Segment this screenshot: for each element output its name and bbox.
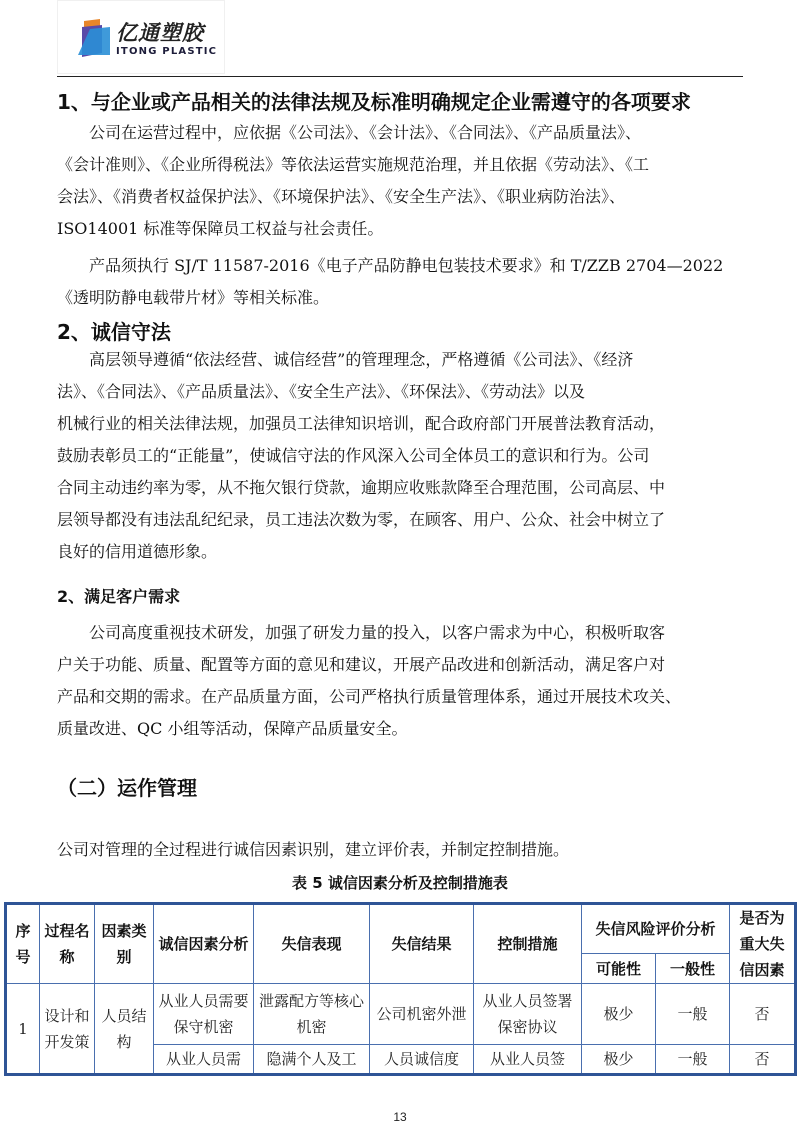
paragraph-line: 产品须执行 SJ/T 11587-2016《电子产品防静电包装技术要求》和 T/… xyxy=(57,250,747,282)
paragraph-line: ISO14001 标准等保障员工权益与社会责任。 xyxy=(57,213,747,245)
cell-severity: 一般 xyxy=(656,984,730,1045)
cell-possibility: 极少 xyxy=(582,984,656,1045)
header-control: 控制措施 xyxy=(474,904,582,984)
cell-analysis: 从业人员需要保守机密 xyxy=(154,984,254,1045)
paragraph-legal-basis: 公司在运营过程中，应依据《公司法》、《会计法》、《合同法》、《产品质量法》、 《… xyxy=(57,117,747,245)
cell-manifestation: 隐满个人及工 xyxy=(254,1045,370,1075)
logo-text-cn: 亿通塑胶 xyxy=(116,17,204,47)
header-factor-type: 因素类别 xyxy=(95,904,154,984)
paragraph-line: 公司高度重视技术研发，加强了研发力量的投入，以客户需求为中心，积极听取客 xyxy=(57,617,747,649)
paragraph-line: 鼓励表彰员工的“正能量”，使诚信守法的作风深入公司全体员工的意识和行为。公司 xyxy=(57,440,747,472)
paragraph-line: 机械行业的相关法律法规，加强员工法律知识培训，配合政府部门开展普法教育活动， xyxy=(57,408,747,440)
cell-control: 从业人员签 xyxy=(474,1045,582,1075)
paragraph-line: 合同主动违约率为零，从不拖欠银行贷款，逾期应收账款降至合理范围，公司高层、中 xyxy=(57,472,747,504)
cell-result: 人员诚信度 xyxy=(370,1045,474,1075)
section-heading-operations-management: （二）运作管理 xyxy=(57,772,197,801)
paragraph-customer-needs: 公司高度重视技术研发，加强了研发力量的投入，以客户需求为中心，积极听取客 户关于… xyxy=(57,617,747,745)
logo-text-en: ITONG PLASTIC xyxy=(116,46,217,57)
section-heading-legal-requirements: 1、与企业或产品相关的法律法规及标准明确规定企业需遵守的各项要求 xyxy=(57,86,691,115)
integrity-factor-table: 序号 过程名称 因素类别 诚信因素分析 失信表现 失信结果 控制措施 失信风险评… xyxy=(4,902,797,1076)
paragraph-line: 高层领导遵循“依法经营、诚信经营”的管理理念，严格遵循《公司法》、《经济 xyxy=(57,344,747,376)
cell-severity: 一般 xyxy=(656,1045,730,1075)
paragraph-line: 会法》、《消费者权益保护法》、《环境保护法》、《安全生产法》、《职业病防治法》、 xyxy=(57,181,747,213)
cell-control: 从业人员签署保密协议 xyxy=(474,984,582,1045)
header-divider xyxy=(57,76,743,77)
logo-mark-icon xyxy=(78,17,112,59)
cell-major: 否 xyxy=(730,1045,796,1075)
header-analysis: 诚信因素分析 xyxy=(154,904,254,984)
paragraph-line: 层领导都没有违法乱纪纪录，员工违法次数为零，在顾客、用户、公众、社会中树立了 xyxy=(57,504,747,536)
cell-possibility: 极少 xyxy=(582,1045,656,1075)
cell-manifestation: 泄露配方等核心机密 xyxy=(254,984,370,1045)
cell-analysis: 从业人员需 xyxy=(154,1045,254,1075)
section-heading-integrity-law: 2、诚信守法 xyxy=(57,316,171,345)
table-row: 1 设计和开发策 人员结构 从业人员需要保守机密 泄露配方等核心机密 公司机密外… xyxy=(6,984,796,1045)
paragraph-product-standards: 产品须执行 SJ/T 11587-2016《电子产品防静电包装技术要求》和 T/… xyxy=(57,250,747,314)
paragraph-line: 质量改进、QC 小组等活动，保障产品质量安全。 xyxy=(57,713,747,745)
paragraph-integrity-law: 高层领导遵循“依法经营、诚信经营”的管理理念，严格遵循《公司法》、《经济 法》、… xyxy=(57,344,747,568)
header-major: 是否为重大失信因素 xyxy=(730,904,796,984)
cell-major: 否 xyxy=(730,984,796,1045)
header-result: 失信结果 xyxy=(370,904,474,984)
header-possibility: 可能性 xyxy=(582,954,656,984)
header-severity: 一般性 xyxy=(656,954,730,984)
page-number: 13 xyxy=(0,1110,800,1124)
header-process: 过程名称 xyxy=(40,904,95,984)
paragraph-line: 公司在运营过程中，应依据《公司法》、《会计法》、《合同法》、《产品质量法》、 xyxy=(57,117,747,149)
cell-factor-type: 人员结构 xyxy=(95,984,154,1075)
cell-process: 设计和开发策 xyxy=(40,984,95,1075)
company-logo: 亿通塑胶 ITONG PLASTIC xyxy=(57,0,225,74)
paragraph-line: 《透明防静电载带片材》等相关标准。 xyxy=(57,282,747,314)
paragraph-line: 《会计准则》、《企业所得税法》等依法运营实施规范治理，并且依据《劳动法》、《工 xyxy=(57,149,747,181)
paragraph-line: 户关于功能、质量、配置等方面的意见和建议，开展产品改进和创新活动，满足客户对 xyxy=(57,649,747,681)
header-seq: 序号 xyxy=(6,904,40,984)
section-heading-customer-needs: 2、满足客户需求 xyxy=(57,584,180,607)
paragraph-line: 产品和交期的需求。在产品质量方面，公司严格执行质量管理体系，通过开展技术攻关、 xyxy=(57,681,747,713)
paragraph-operations-intro: 公司对管理的全过程进行诚信因素识别，建立评价表，并制定控制措施。 xyxy=(57,834,747,866)
header-manifestation: 失信表现 xyxy=(254,904,370,984)
cell-seq: 1 xyxy=(6,984,40,1075)
paragraph-line: 良好的信用道德形象。 xyxy=(57,536,747,568)
paragraph-line: 法》、《合同法》、《产品质量法》、《安全生产法》、《环保法》、《劳动法》以及 xyxy=(57,376,747,408)
table-caption: 表 5 诚信因素分析及控制措施表 xyxy=(0,872,800,893)
cell-result: 公司机密外泄 xyxy=(370,984,474,1045)
header-risk-group: 失信风险评价分析 xyxy=(582,904,730,954)
